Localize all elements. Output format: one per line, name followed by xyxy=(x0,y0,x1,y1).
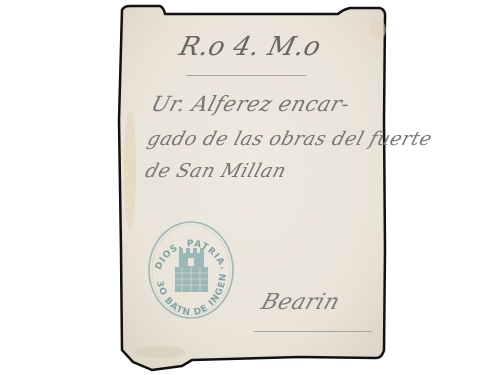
heading-underline xyxy=(186,75,306,76)
document-image: R.o 4. M.o Ur. Alferez encar- gado de la… xyxy=(0,0,500,375)
body-line-2: gado de las obras del fuerte xyxy=(145,128,435,150)
body-line-3: de San Millan xyxy=(143,160,289,182)
document-heading: R.o 4. M.o xyxy=(176,32,324,62)
signature: Bearin xyxy=(258,290,343,315)
oval-seal-stamp: DIOS. PATRIA. REY 3O BATN DE INGENIEROS xyxy=(146,220,236,320)
body-line-1: Ur. Alferez encar- xyxy=(149,92,353,116)
tower-icon xyxy=(175,248,208,292)
signature-line xyxy=(254,331,372,332)
